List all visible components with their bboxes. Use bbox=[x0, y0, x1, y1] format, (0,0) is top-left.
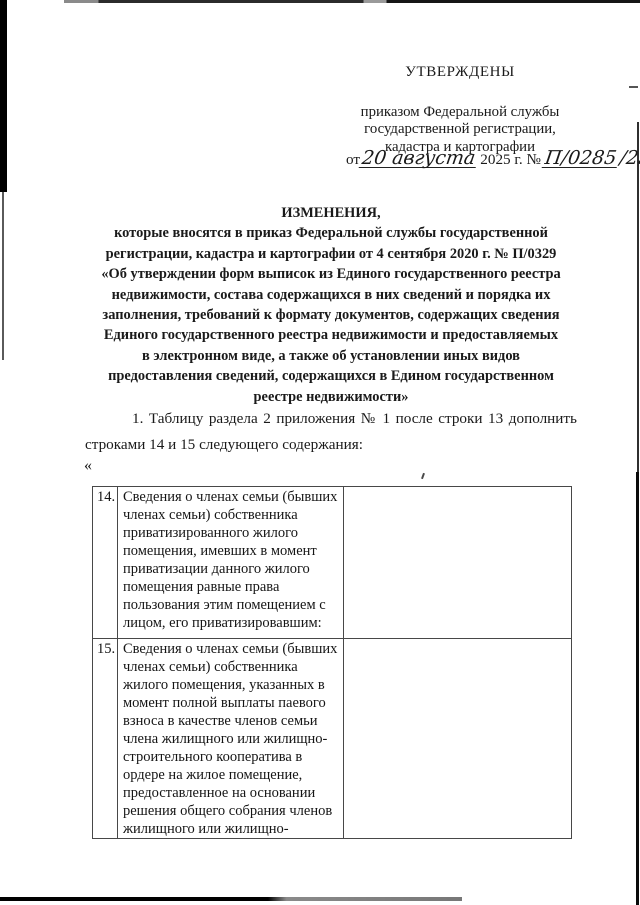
handwritten-order-number: П/0285 bbox=[542, 149, 620, 168]
row-text: Сведения о членах семьи (бывших членах с… bbox=[118, 639, 344, 839]
row-number: 15. bbox=[93, 639, 118, 839]
order-date-number-line: от20 августа2025 г. №П/0285/25 bbox=[346, 149, 638, 169]
table-row-15: 15. Сведения о членах семьи (бывших член… bbox=[93, 639, 572, 839]
table-row-14: 14. Сведения о членах семьи (бывших член… bbox=[93, 487, 572, 639]
open-quote-mark: « bbox=[84, 457, 92, 475]
title-line: Единого государственного реестра недвижи… bbox=[85, 325, 577, 345]
scan-artifact-right-tick bbox=[629, 86, 638, 88]
document-title: ИЗМЕНЕНИЯ, которые вносятся в приказ Фед… bbox=[85, 203, 577, 407]
scan-artifact-bottom-line bbox=[0, 897, 462, 901]
title-line: заполнения, требований к формату докумен… bbox=[85, 305, 577, 325]
paragraph-1: 1. Таблицу раздела 2 приложения № 1 посл… bbox=[85, 406, 577, 458]
approval-line-1: приказом Федеральной службы bbox=[338, 104, 582, 121]
approval-block: УТВЕРЖДЕНЫ приказом Федеральной службы г… bbox=[338, 64, 582, 156]
scan-artifact-left-line bbox=[2, 192, 4, 360]
scan-artifact-top-edge bbox=[64, 0, 640, 3]
scan-artifact-right-line-lower bbox=[636, 472, 639, 905]
title-line: регистрации, кадастра и картографии от 4… bbox=[85, 244, 577, 264]
title-line: которые вносятся в приказ Федеральной сл… bbox=[85, 223, 577, 243]
row-value-empty bbox=[344, 639, 572, 839]
row-value-empty bbox=[344, 487, 572, 639]
approval-line-2: государственной регистрации, bbox=[338, 121, 582, 138]
scan-artifact-right-line-upper bbox=[637, 122, 639, 472]
title-line: «Об утверждении форм выписок из Единого … bbox=[85, 264, 577, 284]
approved-label: УТВЕРЖДЕНЫ bbox=[338, 64, 582, 81]
row-text: Сведения о членах семьи (бывших членах с… bbox=[118, 487, 344, 639]
date-suffix: 2025 г. № bbox=[480, 151, 541, 168]
title-heading: ИЗМЕНЕНИЯ, bbox=[85, 203, 577, 223]
title-line: в электронном виде, а также об установле… bbox=[85, 346, 577, 366]
document-page: УТВЕРЖДЕНЫ приказом Федеральной службы г… bbox=[0, 0, 640, 905]
scan-artifact-left-bar bbox=[0, 0, 7, 192]
scan-artifact-speck bbox=[421, 473, 425, 479]
row-number: 14. bbox=[93, 487, 118, 639]
handwritten-date: 20 августа bbox=[359, 149, 479, 168]
title-line: предоставления сведений, содержащихся в … bbox=[85, 366, 577, 386]
amendment-table: 14. Сведения о членах семьи (бывших член… bbox=[92, 486, 572, 839]
title-line: реестре недвижимости» bbox=[85, 387, 577, 407]
title-line: недвижимости, состава содержащихся в них… bbox=[85, 285, 577, 305]
handwritten-order-number-suffix: /25 bbox=[617, 149, 640, 167]
